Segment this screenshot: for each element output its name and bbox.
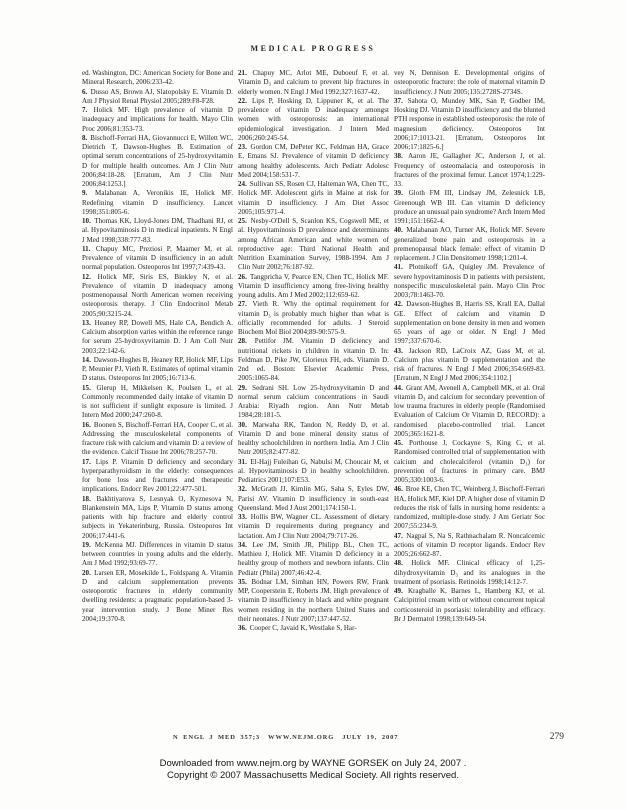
reference-item: 45. Porthouse J, Cockayne S, King C, et … — [394, 439, 545, 485]
download-banner-line1: Downloaded from www.nejm.org by WAYNE GO… — [0, 758, 626, 770]
reference-number: 19. — [82, 541, 95, 549]
reference-number: 41. — [394, 263, 409, 271]
reference-number: 18. — [82, 495, 97, 503]
reference-number: 32. — [238, 485, 251, 493]
reference-number: 34. — [238, 541, 252, 549]
reference-number: 12. — [82, 273, 98, 281]
footer-site: WWW.NEJM.ORG — [268, 734, 334, 741]
reference-item: 42. Dawson-Hughes B, Harris SS, Krall EA… — [394, 300, 545, 346]
reference-item: 40. Malabanan AO, Turner AK, Holick MF. … — [394, 226, 545, 263]
reference-number: 31. — [238, 458, 250, 466]
reference-item: 21. Chapuy MC, Arlot ME, Duboeuf F, et a… — [238, 69, 389, 97]
reference-item: 31. El-Hajj Fuleihan G, Nabulsi M, Chouc… — [238, 458, 389, 486]
page-footer: N ENGL J MED 357;3WWW.NEJM.ORGJULY 19, 2… — [0, 734, 626, 746]
reference-number: 16. — [82, 421, 94, 429]
reference-item: 9. Malabanan A, Veronikis IE, Holick MF.… — [82, 189, 233, 217]
reference-number: 7. — [82, 106, 94, 114]
reference-item: 18. Bakhtiyarova S, Lesnyak O, Kyznesova… — [82, 495, 233, 541]
reference-number: 49. — [394, 587, 408, 595]
page-number: 279 — [550, 732, 564, 742]
reference-number: 30. — [238, 421, 253, 429]
reference-item: 17. Lips P. Vitamin D deficiency and sec… — [82, 458, 233, 495]
reference-item: 10. Thomas KK, Lloyd-Jones DM, Thadhani … — [82, 217, 233, 245]
reference-item: 29. Sedrani SH. Low 25-hydroxyvitamin D … — [238, 384, 389, 421]
ref-column: ed. Washington, DC: American Society for… — [82, 69, 233, 633]
reference-item: 24. Sullivan SS, Rosen CJ, Halteman WA, … — [238, 180, 389, 217]
reference-number: 10. — [82, 217, 94, 225]
reference-number: 38. — [394, 152, 408, 160]
reference-number: 11. — [82, 245, 96, 253]
reference-item: 26. Tangpricha V, Pearce EN, Chen TC, Ho… — [238, 273, 389, 301]
reference-number: 8. — [82, 134, 90, 142]
reference-number: 13. — [82, 319, 95, 327]
reference-number: 6. — [82, 88, 91, 96]
reference-item: 27. Vieth R. Why the optimal requirement… — [238, 300, 389, 337]
reference-number: 35. — [238, 578, 251, 586]
reference-number: 21. — [238, 69, 253, 77]
reference-item: 20. Larsen ER, Mosekilde L, Foldspang A.… — [82, 569, 233, 625]
reference-item: 11. Chapuy MC, Preziosi P, Maamer M, et … — [82, 245, 233, 273]
reference-item: 23. Gordon CM, DePeter KC, Feldman HA, G… — [238, 143, 389, 180]
reference-number: 46. — [394, 485, 406, 493]
reference-item: 30. Marwaha RK, Tandon N, Reddy D, et al… — [238, 421, 389, 458]
download-banner: Downloaded from www.nejm.org by WAYNE GO… — [0, 758, 626, 781]
reference-number: 33. — [238, 513, 251, 521]
reference-number: 22. — [238, 97, 252, 105]
reference-item: 15. Glerup H, Mikkelsen K, Poulsen L, et… — [82, 384, 233, 421]
reference-number: 36. — [238, 624, 250, 632]
reference-item: 14. Dawson-Hughes B, Heaney RP, Holick M… — [82, 356, 233, 384]
reference-item: 46. Broe KE, Chen TC, Weinberg J, Bischo… — [394, 485, 545, 531]
reference-item: 35. Bodnar LM, Simhan HN, Powers RW, Fra… — [238, 578, 389, 624]
reference-number: 9. — [82, 189, 95, 197]
reference-item: 48. Holick MF. Clinical efficacy of 1,25… — [394, 559, 545, 587]
reference-number: 44. — [394, 384, 406, 392]
reference-number: 25. — [238, 217, 250, 225]
reference-number: 23. — [238, 143, 251, 151]
reference-item: 39. Gloth FM III, Lindsay JM, Zelesnick … — [394, 189, 545, 226]
reference-number: 17. — [82, 458, 96, 466]
reference-number: 48. — [394, 559, 411, 567]
reference-item: 33. Hollis BW, Wagner CL. Assessment of … — [238, 513, 389, 541]
reference-item: 49. Kragballe K, Barnes L, Hamberg KJ, e… — [394, 587, 545, 624]
reference-item: vey N, Dennison E. Developmental origins… — [394, 69, 545, 97]
reference-number: 24. — [238, 180, 250, 188]
journal-page: MEDICAL PROGRESS ed. Washington, DC: Ame… — [0, 0, 626, 810]
reference-number: 42. — [394, 300, 406, 308]
footer-date: JULY 19, 2007 — [342, 734, 398, 741]
reference-item: 44. Grant AM, Avenell A, Campbell MK, et… — [394, 384, 545, 440]
reference-number: 28. — [238, 337, 255, 345]
reference-item: 12. Holick MF, Siris ES, Binkley N, et a… — [82, 273, 233, 319]
reference-item: 8. Bischoff-Ferrari HA, Giovannucci E, W… — [82, 134, 233, 190]
reference-number: 45. — [394, 439, 409, 447]
reference-item: 25. Nesby-O'Dell S, Scanlon KS, Cogswell… — [238, 217, 389, 273]
reference-number: 39. — [394, 189, 409, 197]
reference-item: 47. Nagpal S, Na S, Rathnachalam R. Nonc… — [394, 532, 545, 560]
reference-number: 27. — [238, 300, 253, 308]
reference-number: 26. — [238, 273, 250, 281]
reference-item: ed. Washington, DC: American Society for… — [82, 69, 233, 88]
reference-item: 19. McKenna MJ. Differences in vitamin D… — [82, 541, 233, 569]
footer-journal: N ENGL J MED 357;3 — [173, 734, 260, 741]
reference-item: 36. Cooper C, Javaid K, Westlake S, Har- — [238, 624, 389, 633]
reference-item: 13. Heaney RP, Dowell MS, Hale CA, Bendi… — [82, 319, 233, 356]
reference-item: 37. Sahota O, Mundey MK, San P, Godber I… — [394, 97, 545, 153]
reference-item: 16. Boonen S, Bischoff-Ferrari HA, Coope… — [82, 421, 233, 458]
reference-item: 38. Aaron JE, Gallagher JC, Anderson J, … — [394, 152, 545, 189]
reference-number: 37. — [394, 97, 408, 105]
reference-number: 20. — [82, 569, 94, 577]
reference-item: 41. Plotnikoff GA, Quigley JM. Prevalenc… — [394, 263, 545, 300]
download-banner-line2: Copyright © 2007 Massachusetts Medical S… — [0, 770, 626, 782]
reference-item: 34. Lee JM, Smith JR, Philipp BL, Chen T… — [238, 541, 389, 578]
reference-number: 47. — [394, 532, 406, 540]
reference-item: 22. Lips P, Hosking D, Lippuner K, et al… — [238, 97, 389, 143]
reference-item: 28. Pettifor JM. Vitamin D deficiency an… — [238, 337, 389, 383]
reference-number: 14. — [82, 356, 94, 364]
footer-citation: N ENGL J MED 357;3WWW.NEJM.ORGJULY 19, 2… — [173, 734, 398, 741]
reference-number: 43. — [394, 347, 409, 355]
ref-column: vey N, Dennison E. Developmental origins… — [394, 69, 545, 633]
reference-item: 6. Dusso AS, Brown AJ, Slatopolsky E. Vi… — [82, 88, 233, 107]
references-section: ed. Washington, DC: American Society for… — [82, 69, 547, 633]
running-head: MEDICAL PROGRESS — [0, 44, 626, 53]
ref-column: 21. Chapuy MC, Arlot ME, Duboeuf F, et a… — [238, 69, 389, 633]
reference-item: 43. Jackson RD, LaCroix AZ, Gass M, et a… — [394, 347, 545, 384]
reference-item: 32. McGrath JJ, Kimlin MG, Saha S, Eyles… — [238, 485, 389, 513]
reference-number: 40. — [394, 226, 406, 234]
reference-item: 7. Holick MF. High prevalence of vitamin… — [82, 106, 233, 134]
reference-number: 15. — [82, 384, 97, 392]
reference-number: 29. — [238, 384, 252, 392]
